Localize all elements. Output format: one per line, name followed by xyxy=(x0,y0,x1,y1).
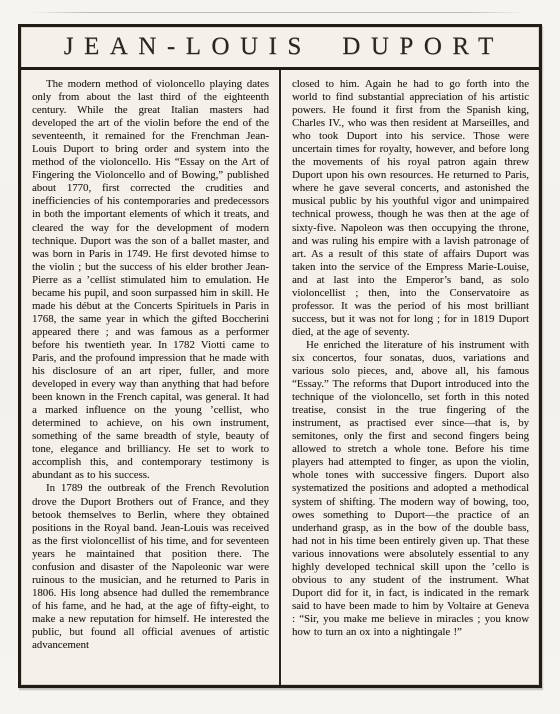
left-column: The modern method of violoncello playing… xyxy=(21,70,279,685)
paragraph: The modern method of violoncello playing… xyxy=(32,78,269,482)
article-columns: The modern method of violoncello playing… xyxy=(21,70,539,685)
paragraph: closed to him. Again he had to go forth … xyxy=(292,78,529,339)
paragraph: He enriched the literature of his instru… xyxy=(292,339,529,639)
scan-artifact-line xyxy=(30,12,524,13)
scanned-book-page: JEAN-LOUIS DUPORT The modern method of v… xyxy=(0,0,560,714)
paragraph: In 1789 the outbreak of the French Revol… xyxy=(32,482,269,652)
article-title-box: JEAN-LOUIS DUPORT xyxy=(21,27,539,70)
page-title: JEAN-LOUIS DUPORT xyxy=(56,33,504,61)
article-frame: JEAN-LOUIS DUPORT The modern method of v… xyxy=(18,24,542,688)
right-column: closed to him. Again he had to go forth … xyxy=(281,70,539,685)
